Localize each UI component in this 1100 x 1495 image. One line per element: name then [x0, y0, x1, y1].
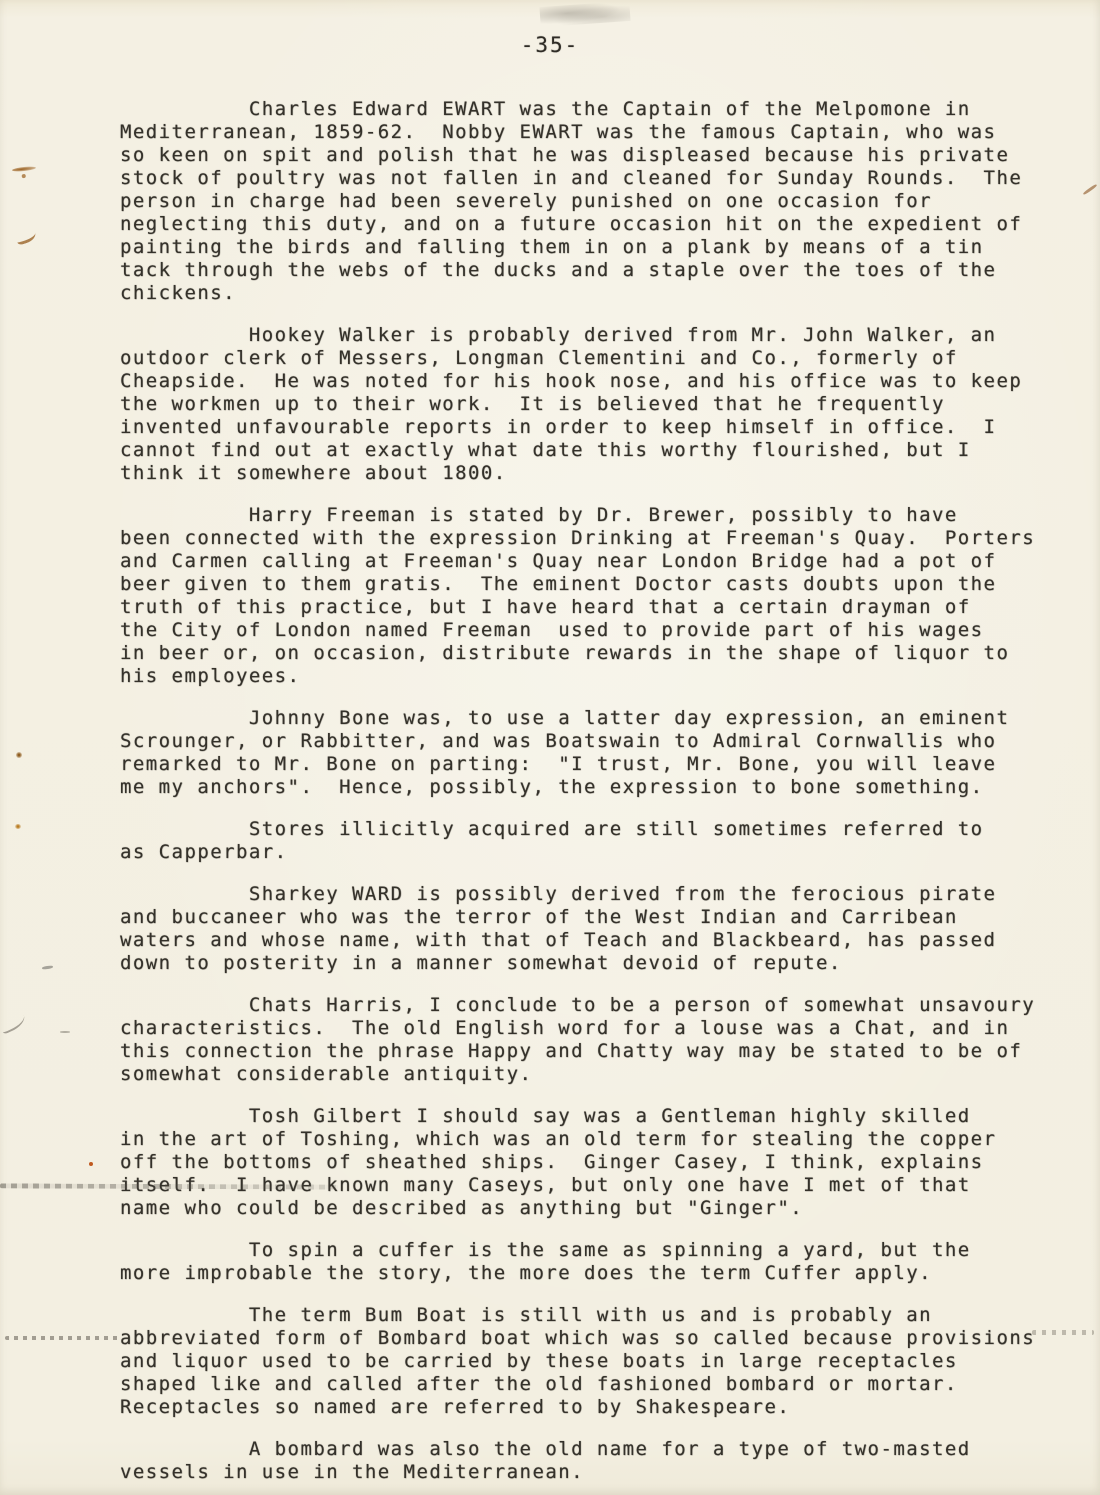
pencil-mark [42, 965, 53, 970]
foxing-dot [15, 824, 21, 829]
paragraph-harry-freeman: Harry Freeman is stated by Dr. Brewer, p… [120, 504, 1050, 688]
paragraph-ewart: Charles Edward EWART was the Captain of … [120, 98, 1050, 305]
ink-speck [89, 1162, 93, 1166]
paragraph-bombard: A bombard was also the old name for a ty… [120, 1438, 1050, 1484]
paragraph-cuffer: To spin a cuffer is the same as spinning… [120, 1239, 1050, 1285]
page-number: -35- [0, 33, 1100, 57]
foxing-dot [16, 752, 22, 758]
page-body: Charles Edward EWART was the Captain of … [120, 98, 1050, 1495]
typewritten-page: -35- Charles Edward EWART was the Captai… [0, 0, 1100, 1495]
top-edge-smudge-mark [539, 1, 630, 27]
pencil-mark [60, 1031, 70, 1033]
paragraph-tosh-gilbert: Tosh Gilbert I should say was a Gentlema… [120, 1105, 1050, 1220]
paragraph-johnny-bone: Johnny Bone was, to use a latter day exp… [120, 707, 1050, 799]
paragraph-hookey-walker: Hookey Walker is probably derived from M… [120, 324, 1050, 485]
faint-dotted-mark [5, 1336, 120, 1340]
paragraph-sharkey-ward: Sharkey WARD is possibly derived from th… [120, 883, 1050, 975]
right-edge-foxing-mark [1083, 184, 1098, 196]
foxing-mark [15, 228, 38, 246]
paragraph-capperbar: Stores illicitly acquired are still some… [120, 818, 1050, 864]
paragraph-bum-boat: The term Bum Boat is still with us and i… [120, 1304, 1050, 1419]
paragraph-chats-harris: Chats Harris, I conclude to be a person … [120, 994, 1050, 1086]
pencil-mark [0, 1011, 28, 1034]
foxing-mark [12, 166, 36, 172]
